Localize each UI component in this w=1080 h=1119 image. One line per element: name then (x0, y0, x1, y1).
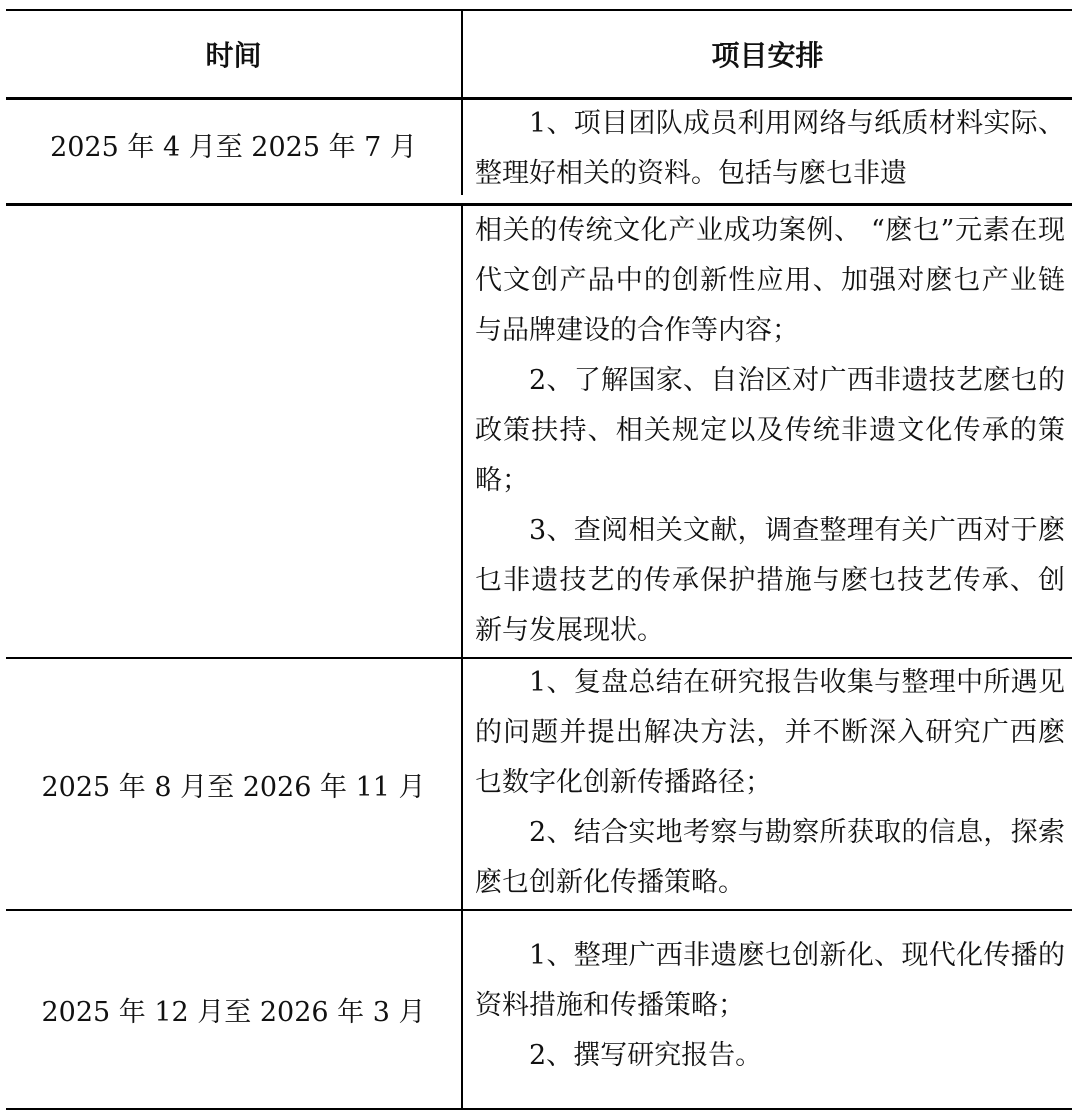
row-plan: 1、复盘总结在研究报告收集与整理中所遇见的问题并提出解决方法，并不断深入研究广西… (475, 658, 1065, 908)
row-plan-continued: 相关的传统文化产业成功案例、 “麽乜”元素在现代文创产品中的创新性应用、加强对麽… (475, 206, 1065, 656)
plan-item: 2、撰写研究报告。 (475, 1031, 1065, 1081)
plan-item: 1、项目团队成员利用网络与纸质材料实际、整理好相关的资料。包括与麽乜非遗 (475, 99, 1065, 199)
plan-item: 1、整理广西非遗麽乜创新化、现代化传播的资料措施和传播策略； (475, 931, 1065, 1031)
column-divider (461, 205, 463, 1109)
plan-item: 相关的传统文化产业成功案例、 “麽乜”元素在现代文创产品中的创新性应用、加强对麽… (475, 206, 1065, 356)
plan-item: 1、复盘总结在研究报告收集与整理中所遇见的问题并提出解决方法，并不断深入研究广西… (475, 658, 1065, 808)
table-bottom-border (6, 1108, 1072, 1110)
plan-item: 2、结合实地考察与勘察所获取的信息，探索麽乜创新化传播策略。 (475, 808, 1065, 908)
header-time: 时间 (6, 11, 461, 97)
plan-item: 3、查阅相关文献，调查整理有关广西对于麽乜非遗技艺的传承保护措施与麽乜技艺传承、… (475, 506, 1065, 656)
row-plan: 1、项目团队成员利用网络与纸质材料实际、整理好相关的资料。包括与麽乜非遗 (475, 99, 1065, 199)
row-time: 2025 年 4 月至 2025 年 7 月 (6, 100, 461, 188)
header-plan: 项目安排 (463, 11, 1072, 97)
row-time: 2025 年 8 月至 2026 年 11 月 (6, 659, 461, 909)
plan-item: 2、了解国家、自治区对广西非遗技艺麽乜的政策扶持、相关规定以及传统非遗文化传承的… (475, 356, 1065, 506)
row-plan: 1、整理广西非遗麽乜创新化、现代化传播的资料措施和传播策略； 2、撰写研究报告。 (475, 931, 1065, 1081)
row-time: 2025 年 12 月至 2026 年 3 月 (6, 911, 461, 1108)
